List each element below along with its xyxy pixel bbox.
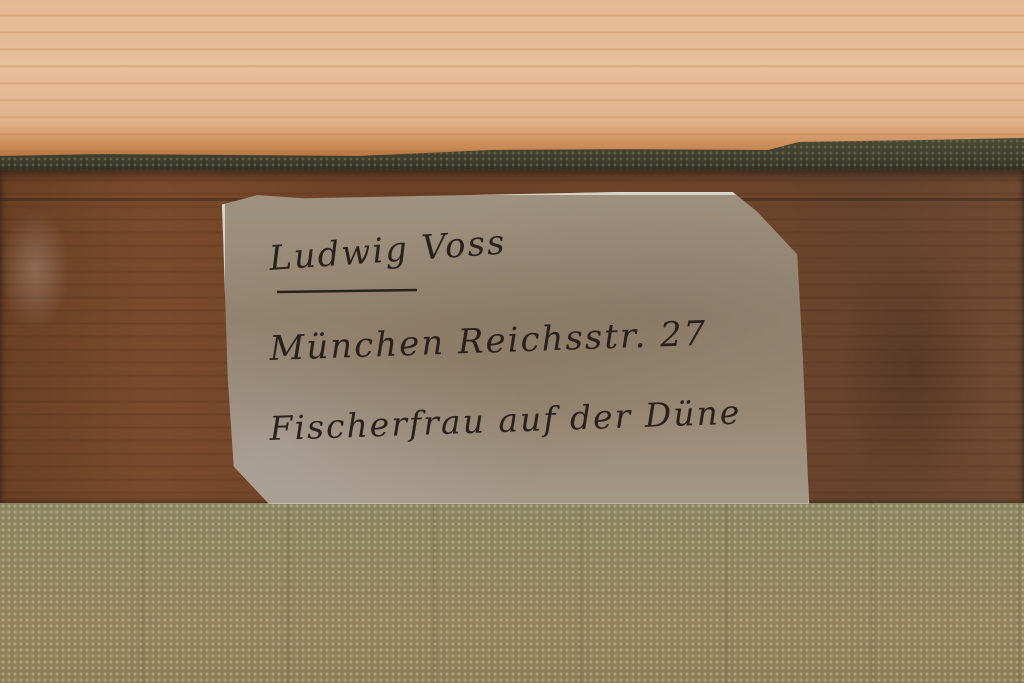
paper-label: Ludwig Voss München Reichsstr. 27 Fische… (222, 192, 809, 504)
underline (277, 290, 417, 292)
wood-stain-left (0, 210, 70, 330)
handwriting: Ludwig Voss München Reichsstr. 27 Fische… (222, 192, 809, 504)
wood-stain-right (840, 240, 990, 500)
label-line-title: Fischerfrau auf der Düne (268, 393, 742, 448)
label-line-artist: Ludwig Voss (267, 223, 508, 280)
linen-canvas (0, 503, 1024, 683)
label-line-address: München Reichsstr. 27 (268, 314, 708, 369)
pine-board (0, 0, 1024, 160)
